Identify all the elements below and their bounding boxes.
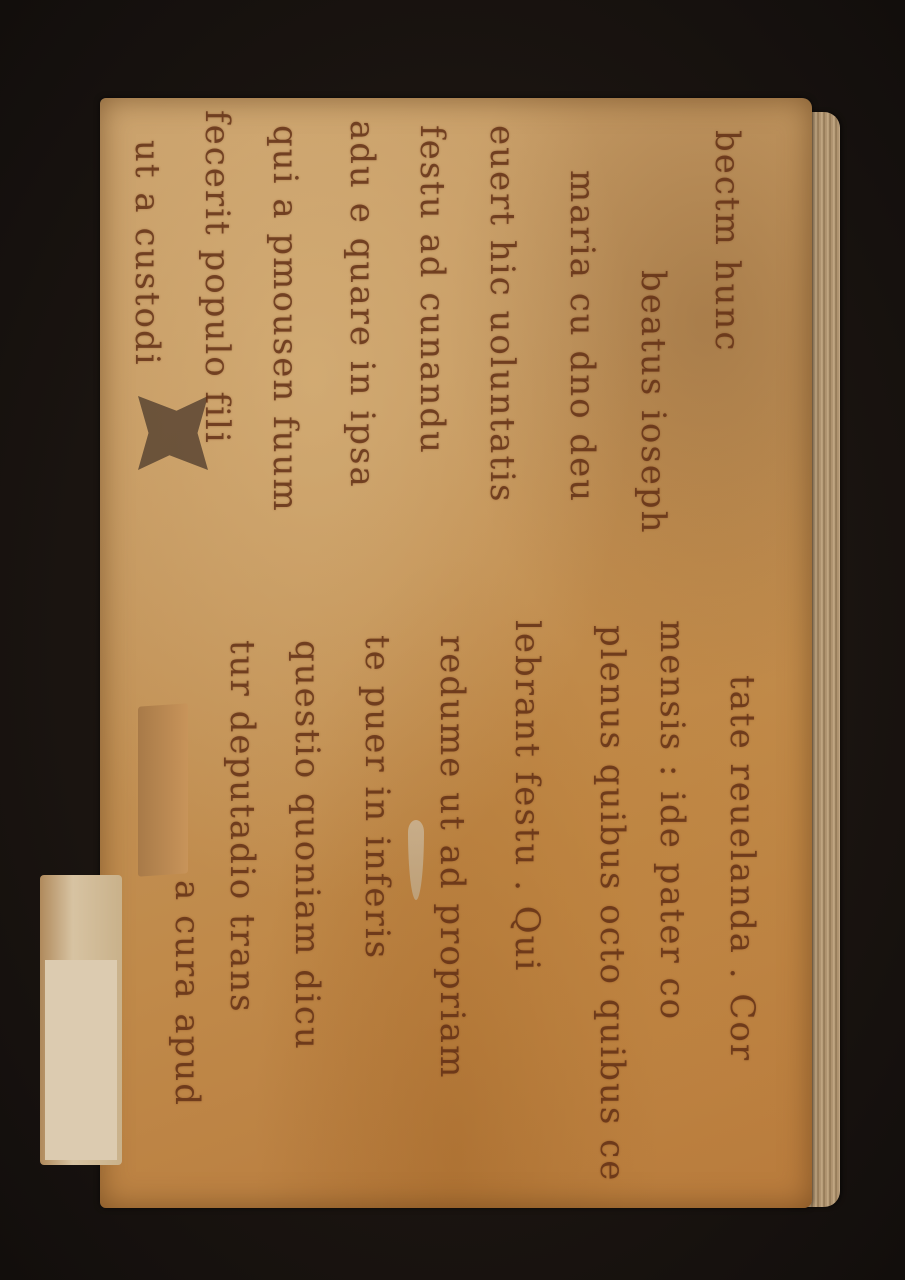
- text-line: questio quoniam dicu: [290, 640, 324, 1051]
- text-line: bectm hunc: [710, 130, 744, 352]
- text-line: te puer in inferis: [360, 635, 394, 960]
- text-line: redume ut ad propriam: [435, 635, 469, 1079]
- text-line: tate reuelanda . Cor: [725, 675, 759, 1062]
- text-line: mensis : ide pater co: [655, 620, 689, 1021]
- text-line: adu e quare in ipsa: [345, 120, 379, 489]
- text-line: plenus quibus octo quibus ce: [595, 625, 629, 1182]
- torn-parchment-flap: [138, 703, 188, 876]
- text-line: qui a pmousen fuum: [268, 125, 302, 513]
- text-line: a cura apud: [170, 880, 204, 1107]
- text-line: ut a custodi: [130, 140, 164, 367]
- text-line: fecerit populo fili: [200, 110, 234, 445]
- text-line: festu ad cunandu: [415, 125, 449, 455]
- text-line: maria cu dno deu: [565, 170, 599, 503]
- spine-label: [45, 960, 117, 1160]
- text-line: euert hic uoluntatis: [485, 125, 519, 503]
- text-line: tur deputadio trans: [225, 640, 259, 1014]
- text-line: lebrant festu . Qui: [510, 620, 544, 972]
- text-line: beatus ioseph: [636, 270, 670, 535]
